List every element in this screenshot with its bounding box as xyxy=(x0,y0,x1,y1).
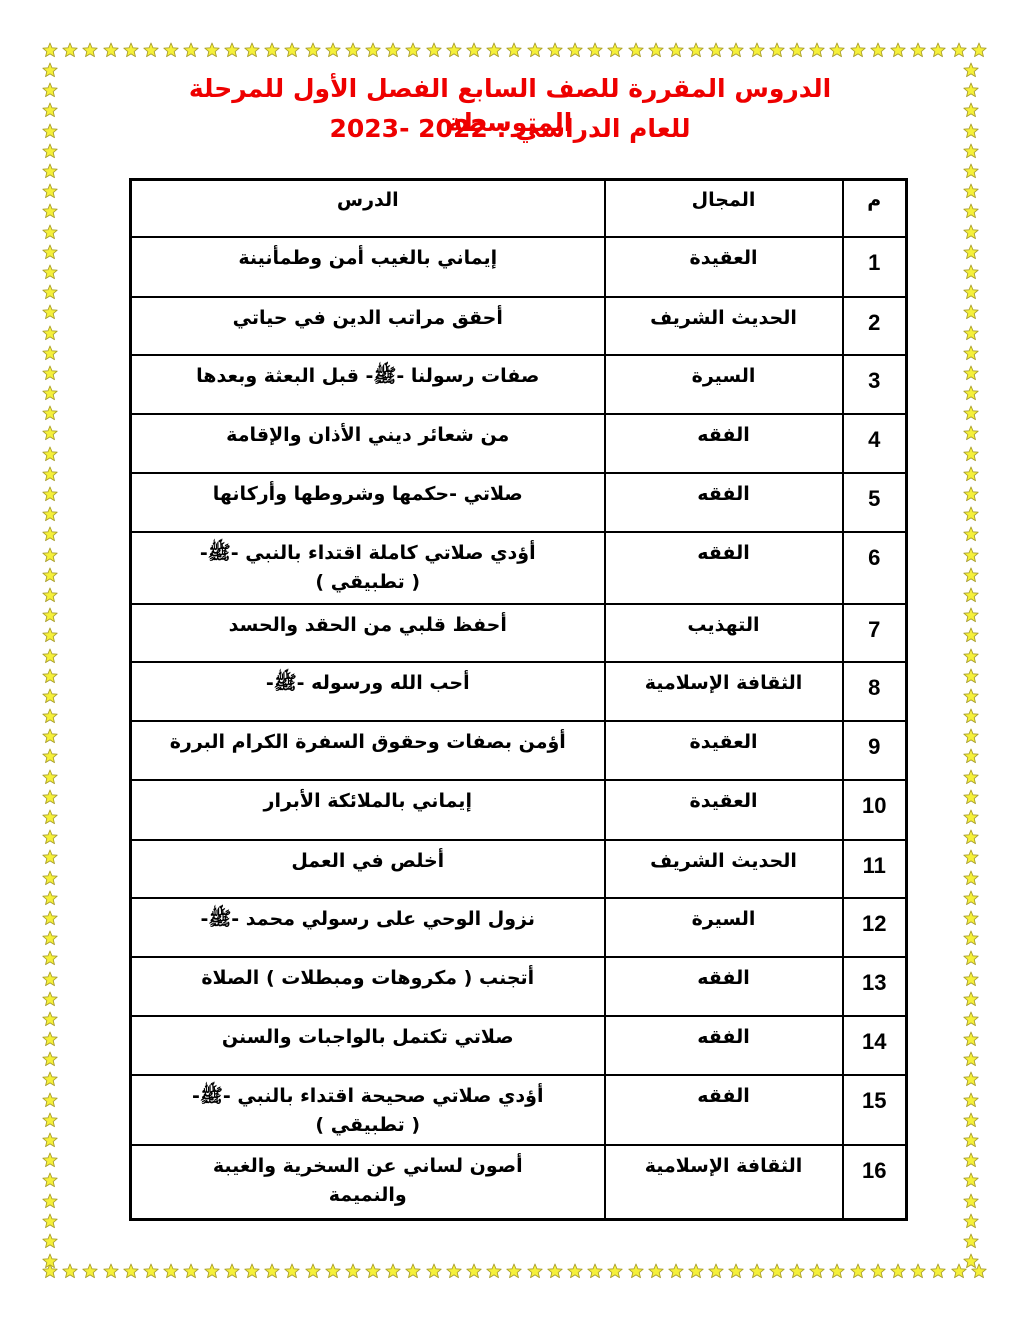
star-icon xyxy=(202,40,222,60)
star-icon xyxy=(961,928,981,948)
star-icon xyxy=(40,767,60,787)
star-icon xyxy=(961,1251,981,1271)
star-icon xyxy=(961,1009,981,1029)
star-icon xyxy=(961,80,981,100)
row-field: الفقه xyxy=(605,957,843,1016)
star-icon xyxy=(646,1261,666,1281)
star-icon xyxy=(161,1261,181,1281)
star-icon xyxy=(40,343,60,363)
star-icon xyxy=(585,40,605,60)
star-icon xyxy=(961,1231,981,1251)
star-icon xyxy=(961,121,981,141)
row-lesson: أصون لساني عن السخرية والغيبةوالنميمة xyxy=(131,1145,605,1219)
star-icon xyxy=(961,908,981,928)
star-icon xyxy=(40,40,60,60)
table-row: 6الفقهأؤدي صلاتي كاملة اقتداء بالنبي -ﷺ-… xyxy=(131,532,907,604)
star-icon xyxy=(444,40,464,60)
star-icon xyxy=(484,40,504,60)
star-icon xyxy=(706,1261,726,1281)
star-icon xyxy=(961,565,981,585)
star-icon xyxy=(40,989,60,1009)
star-icon xyxy=(222,1261,242,1281)
row-number: 14 xyxy=(843,1016,907,1075)
star-icon xyxy=(961,1130,981,1150)
row-number: 4 xyxy=(843,414,907,473)
star-icon xyxy=(787,1261,807,1281)
star-icon xyxy=(383,1261,403,1281)
star-icon xyxy=(961,222,981,242)
star-icon xyxy=(121,1261,141,1281)
star-icon xyxy=(363,1261,383,1281)
star-icon xyxy=(40,504,60,524)
table-row: 8الثقافة الإسلاميةأحب الله ورسوله -ﷺ- xyxy=(131,662,907,721)
star-icon xyxy=(40,746,60,766)
star-icon xyxy=(545,1261,565,1281)
row-lesson: صلاتي -حكمها وشروطها وأركانها xyxy=(131,473,605,532)
star-icon xyxy=(928,1261,948,1281)
table-row: 3السيرةصفات رسولنا -ﷺ- قبل البعثة وبعدها xyxy=(131,355,907,414)
star-icon xyxy=(961,343,981,363)
star-icon xyxy=(961,302,981,322)
star-icon xyxy=(928,40,948,60)
star-icon xyxy=(40,908,60,928)
star-icon xyxy=(961,1110,981,1130)
star-icon xyxy=(40,1009,60,1029)
star-icon xyxy=(40,222,60,242)
star-icon xyxy=(141,40,161,60)
star-icon xyxy=(961,807,981,827)
star-icon xyxy=(363,40,383,60)
star-icon xyxy=(444,1261,464,1281)
star-icon xyxy=(605,40,625,60)
star-icon xyxy=(961,383,981,403)
star-icon xyxy=(40,787,60,807)
star-icon xyxy=(40,605,60,625)
star-icon xyxy=(961,948,981,968)
star-icon xyxy=(40,726,60,746)
table-row: 2الحديث الشريفأحقق مراتب الدين في حياتي xyxy=(131,297,907,355)
table-row: 5الفقهصلاتي -حكمها وشروطها وأركانها xyxy=(131,473,907,532)
star-icon xyxy=(302,40,322,60)
star-icon xyxy=(961,504,981,524)
star-icon xyxy=(40,1150,60,1170)
star-icon xyxy=(961,322,981,342)
star-icon xyxy=(40,322,60,342)
row-number: 8 xyxy=(843,662,907,721)
star-icon xyxy=(961,242,981,262)
star-icon xyxy=(961,464,981,484)
star-icon xyxy=(807,1261,827,1281)
star-icon xyxy=(40,201,60,221)
table-row: 7التهذيبأحفظ قلبي من الحقد والحسد xyxy=(131,604,907,662)
star-icon xyxy=(961,605,981,625)
star-icon xyxy=(525,40,545,60)
star-icon xyxy=(961,484,981,504)
row-lesson: صفات رسولنا -ﷺ- قبل البعثة وبعدها xyxy=(131,355,605,414)
star-icon xyxy=(40,1191,60,1211)
star-icon xyxy=(80,40,100,60)
star-icon xyxy=(961,524,981,544)
star-icon xyxy=(686,40,706,60)
star-icon xyxy=(40,645,60,665)
star-border-left xyxy=(40,60,60,1271)
star-icon xyxy=(961,444,981,464)
star-icon xyxy=(961,161,981,181)
star-icon xyxy=(40,282,60,302)
star-icon xyxy=(961,545,981,565)
star-icon xyxy=(961,666,981,686)
star-icon xyxy=(302,1261,322,1281)
star-icon xyxy=(424,40,444,60)
row-field: الفقه xyxy=(605,532,843,604)
table-row: 11الحديث الشريفأخلص في العمل xyxy=(131,840,907,898)
star-icon xyxy=(827,40,847,60)
star-icon xyxy=(969,40,989,60)
star-icon xyxy=(40,1170,60,1190)
row-number: 13 xyxy=(843,957,907,1016)
star-icon xyxy=(383,40,403,60)
row-number: 11 xyxy=(843,840,907,898)
star-icon xyxy=(961,181,981,201)
star-icon xyxy=(525,1261,545,1281)
star-icon xyxy=(323,1261,343,1281)
star-icon xyxy=(242,1261,262,1281)
star-icon xyxy=(961,645,981,665)
star-icon xyxy=(666,40,686,60)
star-icon xyxy=(848,1261,868,1281)
star-icon xyxy=(625,40,645,60)
star-icon xyxy=(585,1261,605,1281)
star-icon xyxy=(343,40,363,60)
star-icon xyxy=(40,181,60,201)
table-row: 1العقيدةإيماني بالغيب أمن وطمأنينة xyxy=(131,237,907,297)
row-number: 5 xyxy=(843,473,907,532)
row-field: الحديث الشريف xyxy=(605,297,843,355)
star-icon xyxy=(121,40,141,60)
row-lesson: أحفظ قلبي من الحقد والحسد xyxy=(131,604,605,662)
star-icon xyxy=(262,1261,282,1281)
row-lesson: إيماني بالغيب أمن وطمأنينة xyxy=(131,237,605,297)
row-field: الفقه xyxy=(605,473,843,532)
star-icon xyxy=(181,40,201,60)
row-field: السيرة xyxy=(605,898,843,957)
star-icon xyxy=(141,1261,161,1281)
star-icon xyxy=(666,1261,686,1281)
row-number: 2 xyxy=(843,297,907,355)
star-icon xyxy=(101,40,121,60)
star-icon xyxy=(484,1261,504,1281)
row-field: العقيدة xyxy=(605,780,843,840)
star-icon xyxy=(403,40,423,60)
star-icon xyxy=(101,1261,121,1281)
star-icon xyxy=(40,363,60,383)
star-icon xyxy=(40,666,60,686)
star-icon xyxy=(908,1261,928,1281)
star-icon xyxy=(40,847,60,867)
star-icon xyxy=(40,888,60,908)
academic-year: للعام الدراسي : 2022 -2023 xyxy=(130,112,890,146)
star-icon xyxy=(961,847,981,867)
star-icon xyxy=(686,1261,706,1281)
star-icon xyxy=(961,868,981,888)
star-icon xyxy=(403,1261,423,1281)
star-icon xyxy=(40,1029,60,1049)
star-icon xyxy=(868,40,888,60)
star-icon xyxy=(961,1191,981,1211)
star-icon xyxy=(908,40,928,60)
row-field: الفقه xyxy=(605,1016,843,1075)
row-lesson: أتجنب ( مكروهات ومبطلات ) الصلاة xyxy=(131,957,605,1016)
star-icon xyxy=(40,464,60,484)
star-icon xyxy=(961,100,981,120)
star-icon xyxy=(807,40,827,60)
star-icon xyxy=(625,1261,645,1281)
row-field: الثقافة الإسلامية xyxy=(605,662,843,721)
star-icon xyxy=(961,282,981,302)
star-icon xyxy=(80,1261,100,1281)
table-row: 15الفقهأؤدي صلاتي صحيحة اقتداء بالنبي -ﷺ… xyxy=(131,1075,907,1145)
row-lesson: أؤدي صلاتي صحيحة اقتداء بالنبي -ﷺ-( تطبي… xyxy=(131,1075,605,1145)
star-icon xyxy=(961,585,981,605)
row-lesson: أحقق مراتب الدين في حياتي xyxy=(131,297,605,355)
star-icon xyxy=(40,80,60,100)
star-icon xyxy=(888,1261,908,1281)
star-icon xyxy=(961,787,981,807)
table-row: 4الفقهمن شعائر ديني الأذان والإقامة xyxy=(131,414,907,473)
header-num: م xyxy=(843,180,907,238)
star-icon xyxy=(646,40,666,60)
header-field: المجال xyxy=(605,180,843,238)
star-icon xyxy=(948,40,968,60)
row-number: 1 xyxy=(843,237,907,297)
star-icon xyxy=(787,40,807,60)
row-number: 12 xyxy=(843,898,907,957)
row-number: 16 xyxy=(843,1145,907,1219)
star-icon xyxy=(767,40,787,60)
star-icon xyxy=(40,1251,60,1271)
star-border-top xyxy=(40,40,989,60)
star-icon xyxy=(40,161,60,181)
star-icon xyxy=(726,1261,746,1281)
star-icon xyxy=(40,141,60,161)
star-icon xyxy=(961,1170,981,1190)
star-icon xyxy=(565,1261,585,1281)
star-icon xyxy=(706,40,726,60)
star-icon xyxy=(202,1261,222,1281)
star-icon xyxy=(40,545,60,565)
star-icon xyxy=(40,1049,60,1069)
row-field: الفقه xyxy=(605,1075,843,1145)
row-lesson: صلاتي تكتمل بالواجبات والسنن xyxy=(131,1016,605,1075)
row-lesson: أحب الله ورسوله -ﷺ- xyxy=(131,662,605,721)
star-icon xyxy=(40,585,60,605)
star-icon xyxy=(40,524,60,544)
row-number: 7 xyxy=(843,604,907,662)
row-lesson: أؤدي صلاتي كاملة اقتداء بالنبي -ﷺ-( تطبي… xyxy=(131,532,605,604)
star-icon xyxy=(961,726,981,746)
star-icon xyxy=(242,40,262,60)
star-icon xyxy=(40,968,60,988)
star-icon xyxy=(40,423,60,443)
star-icon xyxy=(605,1261,625,1281)
star-icon xyxy=(60,40,80,60)
star-icon xyxy=(181,1261,201,1281)
star-border-right xyxy=(961,60,981,1271)
star-icon xyxy=(40,807,60,827)
star-icon xyxy=(40,1110,60,1130)
table-row: 10العقيدةإيماني بالملائكة الأبرار xyxy=(131,780,907,840)
star-icon xyxy=(961,686,981,706)
star-icon xyxy=(60,1261,80,1281)
star-icon xyxy=(262,40,282,60)
star-icon xyxy=(961,625,981,645)
star-icon xyxy=(961,1090,981,1110)
row-field: العقيدة xyxy=(605,721,843,780)
star-icon xyxy=(40,948,60,968)
star-icon xyxy=(40,1231,60,1251)
star-icon xyxy=(40,1090,60,1110)
star-icon xyxy=(961,262,981,282)
table-row: 13الفقهأتجنب ( مكروهات ومبطلات ) الصلاة xyxy=(131,957,907,1016)
row-number: 9 xyxy=(843,721,907,780)
star-icon xyxy=(222,40,242,60)
star-icon xyxy=(961,1069,981,1089)
star-icon xyxy=(827,1261,847,1281)
star-icon xyxy=(961,403,981,423)
row-number: 6 xyxy=(843,532,907,604)
row-field: التهذيب xyxy=(605,604,843,662)
star-icon xyxy=(961,1211,981,1231)
star-icon xyxy=(40,484,60,504)
table-row: 12السيرةنزول الوحي على رسولي محمد -ﷺ- xyxy=(131,898,907,957)
star-icon xyxy=(961,888,981,908)
star-icon xyxy=(40,827,60,847)
star-icon xyxy=(565,40,585,60)
star-icon xyxy=(40,60,60,80)
row-lesson: أخلص في العمل xyxy=(131,840,605,898)
row-lesson: نزول الوحي على رسولي محمد -ﷺ- xyxy=(131,898,605,957)
star-icon xyxy=(888,40,908,60)
star-icon xyxy=(40,565,60,585)
star-icon xyxy=(848,40,868,60)
table-row: 14الفقهصلاتي تكتمل بالواجبات والسنن xyxy=(131,1016,907,1075)
star-icon xyxy=(343,1261,363,1281)
star-icon xyxy=(40,403,60,423)
row-lesson: من شعائر ديني الأذان والإقامة xyxy=(131,414,605,473)
star-icon xyxy=(747,1261,767,1281)
row-lesson: أؤمن بصفات وحقوق السفرة الكرام البررة xyxy=(131,721,605,780)
star-icon xyxy=(961,60,981,80)
row-number: 15 xyxy=(843,1075,907,1145)
star-icon xyxy=(40,928,60,948)
star-icon xyxy=(282,1261,302,1281)
row-field: الفقه xyxy=(605,414,843,473)
star-icon xyxy=(961,746,981,766)
star-icon xyxy=(747,40,767,60)
star-icon xyxy=(961,423,981,443)
star-icon xyxy=(464,40,484,60)
row-number: 3 xyxy=(843,355,907,414)
star-icon xyxy=(961,1150,981,1170)
star-icon xyxy=(961,141,981,161)
row-field: السيرة xyxy=(605,355,843,414)
star-icon xyxy=(40,302,60,322)
row-field: الثقافة الإسلامية xyxy=(605,1145,843,1219)
lessons-table: م المجال الدرس 1العقيدةإيماني بالغيب أمن… xyxy=(129,178,908,1221)
row-number: 10 xyxy=(843,780,907,840)
table-row: 9العقيدةأؤمن بصفات وحقوق السفرة الكرام ا… xyxy=(131,721,907,780)
star-icon xyxy=(161,40,181,60)
star-icon xyxy=(40,868,60,888)
star-icon xyxy=(40,625,60,645)
star-icon xyxy=(282,40,302,60)
star-icon xyxy=(40,262,60,282)
row-lesson: إيماني بالملائكة الأبرار xyxy=(131,780,605,840)
table-row: 16الثقافة الإسلاميةأصون لساني عن السخرية… xyxy=(131,1145,907,1219)
star-icon xyxy=(767,1261,787,1281)
row-field: العقيدة xyxy=(605,237,843,297)
star-icon xyxy=(40,706,60,726)
star-icon xyxy=(961,989,981,1009)
table-header-row: م المجال الدرس xyxy=(131,180,907,238)
star-icon xyxy=(504,40,524,60)
star-icon xyxy=(40,1069,60,1089)
star-icon xyxy=(40,686,60,706)
star-icon xyxy=(323,40,343,60)
star-icon xyxy=(961,1049,981,1069)
header-lesson: الدرس xyxy=(131,180,605,238)
star-icon xyxy=(40,1130,60,1150)
star-icon xyxy=(961,706,981,726)
star-icon xyxy=(961,201,981,221)
star-icon xyxy=(961,1029,981,1049)
star-icon xyxy=(40,444,60,464)
star-icon xyxy=(40,242,60,262)
star-icon xyxy=(961,827,981,847)
star-icon xyxy=(504,1261,524,1281)
star-border-bottom xyxy=(40,1261,989,1281)
star-icon xyxy=(464,1261,484,1281)
star-icon xyxy=(961,968,981,988)
star-icon xyxy=(40,1211,60,1231)
star-icon xyxy=(961,767,981,787)
row-field: الحديث الشريف xyxy=(605,840,843,898)
star-icon xyxy=(545,40,565,60)
star-icon xyxy=(961,363,981,383)
star-icon xyxy=(868,1261,888,1281)
star-icon xyxy=(726,40,746,60)
star-icon xyxy=(40,383,60,403)
star-icon xyxy=(40,100,60,120)
star-icon xyxy=(424,1261,444,1281)
star-icon xyxy=(40,121,60,141)
